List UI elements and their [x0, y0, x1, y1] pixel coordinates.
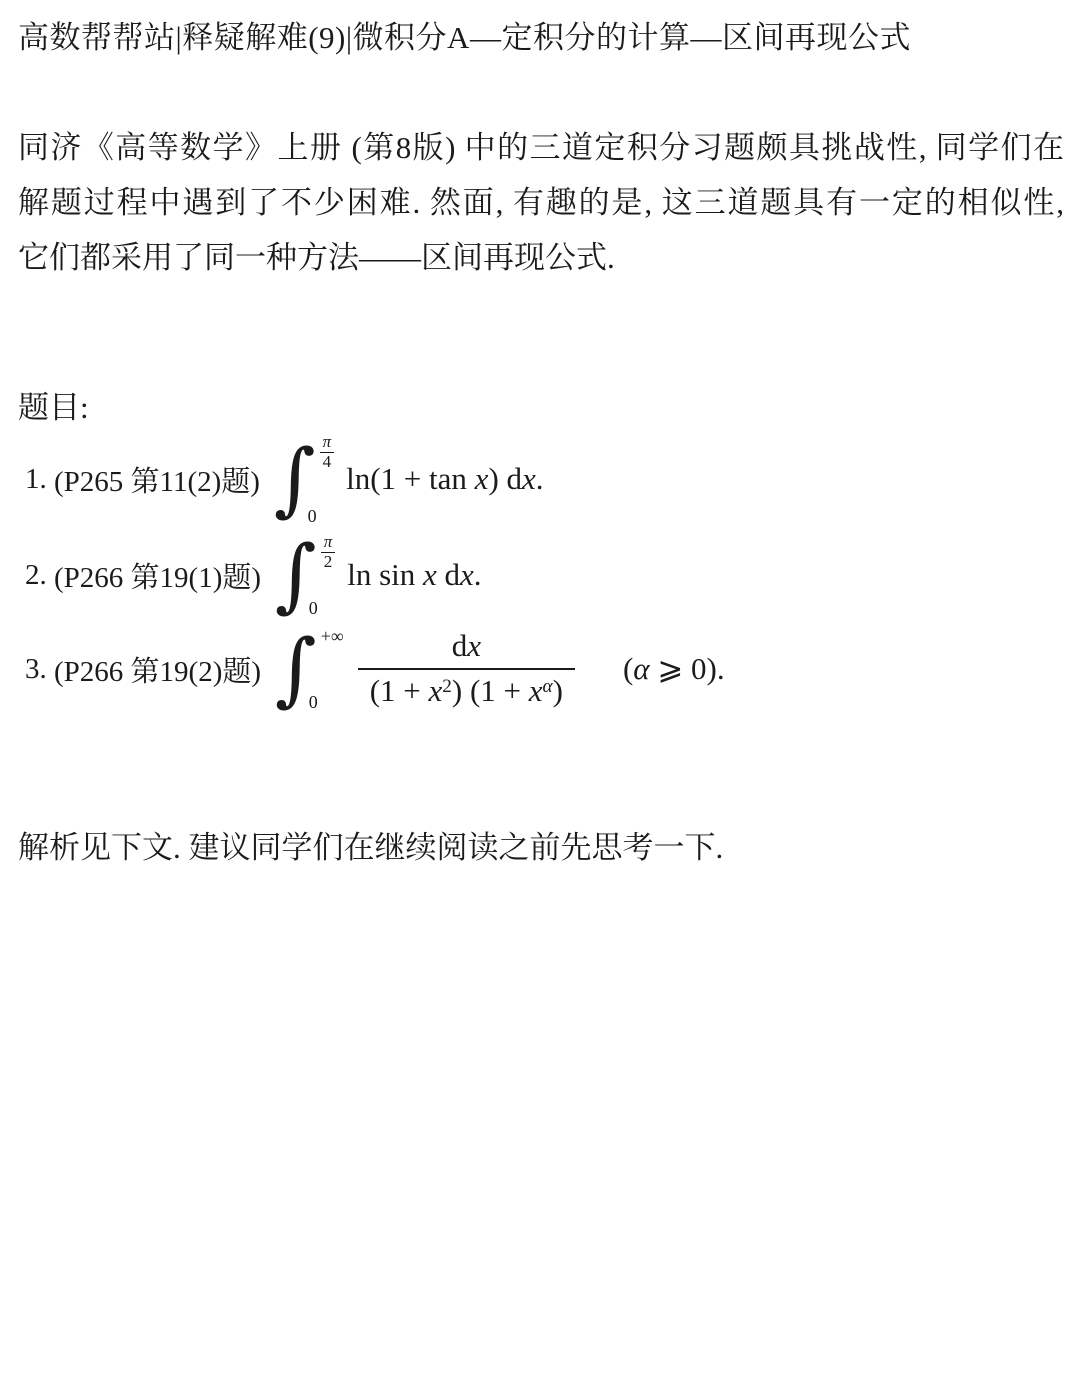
footer-note: 解析见下文. 建议同学们在继续阅读之前先思考一下.	[18, 822, 723, 867]
expr-part: ) (1 +	[452, 673, 529, 708]
problem-item-1: 1. (P265 第11(2)题) ∫ π 4 0 ln(1 + tan x) …	[25, 428, 544, 530]
problem-number: 3.	[25, 653, 47, 686]
problem-source: (P266 第19(1)题)	[47, 555, 261, 596]
fraction-denominator: (1 + x2) (1 + xα)	[358, 668, 575, 711]
expr-part: ) d	[488, 461, 522, 496]
intro-line-3: 它们都采用了同一种方法——区间再现公式.	[18, 230, 1064, 285]
fraction-numerator: π	[323, 433, 332, 452]
intro-line-1: 同济《高等数学》上册 (第8版) 中的三道定积分习题颇具挑战性, 同学们在	[18, 120, 1064, 175]
problem-number: 1.	[25, 463, 47, 496]
problem-number: 2.	[25, 559, 47, 592]
integral: ∫ π 2 0	[275, 532, 335, 618]
expr-part: .	[536, 461, 544, 496]
expr-part: x	[423, 557, 437, 592]
expr-part: x	[529, 673, 543, 708]
expr-part: ln sin	[347, 557, 423, 592]
fraction-numerator: dx	[452, 627, 481, 666]
integral-upper-limit: π 2	[321, 533, 336, 571]
fraction-denominator: 2	[321, 552, 336, 572]
problems-heading: 题目:	[18, 382, 89, 427]
expr-part: α	[633, 651, 649, 686]
expr-part: x	[467, 628, 481, 663]
expr-part: d	[437, 557, 460, 592]
intro-line-2: 解题过程中遇到了不少困难. 然面, 有趣的是, 这三道题具有一定的相似性,	[18, 175, 1064, 230]
expr-part: d	[452, 628, 468, 663]
problem-source: (P265 第11(2)题)	[47, 459, 260, 500]
integral-upper-limit: +∞	[321, 627, 344, 645]
expr-part: .	[474, 557, 482, 592]
expr-part: ⩾ 0).	[650, 651, 725, 686]
integral-lower-limit: 0	[309, 599, 318, 617]
expr-part: (	[623, 651, 633, 686]
integral-limits: +∞ 0	[317, 626, 344, 712]
integral-limits: π 4 0	[316, 432, 335, 526]
expr-part: (1 +	[370, 673, 429, 708]
condition: (α ⩾ 0).	[623, 651, 725, 687]
problem-item-2: 2. (P266 第19(1)题) ∫ π 2 0 ln sin x dx.	[25, 528, 482, 622]
exponent: 2	[442, 676, 452, 697]
exponent: α	[543, 676, 553, 697]
problem-source: (P266 第19(2)题)	[47, 649, 261, 690]
expr-part: x	[522, 461, 536, 496]
integral-limits: π 2 0	[317, 532, 336, 618]
expr-part: x	[460, 557, 474, 592]
fraction-denominator: 4	[320, 452, 335, 472]
expr-part: )	[553, 673, 563, 708]
integral-lower-limit: 0	[309, 693, 318, 711]
integral: ∫ +∞ 0	[275, 626, 344, 712]
integral-upper-limit: π 4	[320, 433, 335, 471]
integrand-fraction: dx (1 + x2) (1 + xα)	[358, 627, 575, 711]
expr-part: x	[475, 461, 489, 496]
problem-item-3: 3. (P266 第19(2)题) ∫ +∞ 0 dx (1 + x2) (1 …	[25, 616, 725, 722]
intro-paragraph: 同济《高等数学》上册 (第8版) 中的三道定积分习题颇具挑战性, 同学们在 解题…	[18, 120, 1064, 285]
integral-lower-limit: 0	[308, 507, 317, 525]
expr-part: ln(1 + tan	[346, 461, 475, 496]
integral: ∫ π 4 0	[274, 432, 334, 526]
integrand-expression: ln(1 + tan x) dx.	[346, 461, 543, 497]
page-title: 高数帮帮站|释疑解难(9)|微积分A—定积分的计算—区间再现公式	[18, 12, 911, 57]
integrand-expression: ln sin x dx.	[347, 557, 481, 593]
document-page: { "page": { "background": "#ffffff", "te…	[0, 0, 1080, 1397]
expr-part: x	[429, 673, 443, 708]
fraction-numerator: π	[324, 533, 333, 552]
